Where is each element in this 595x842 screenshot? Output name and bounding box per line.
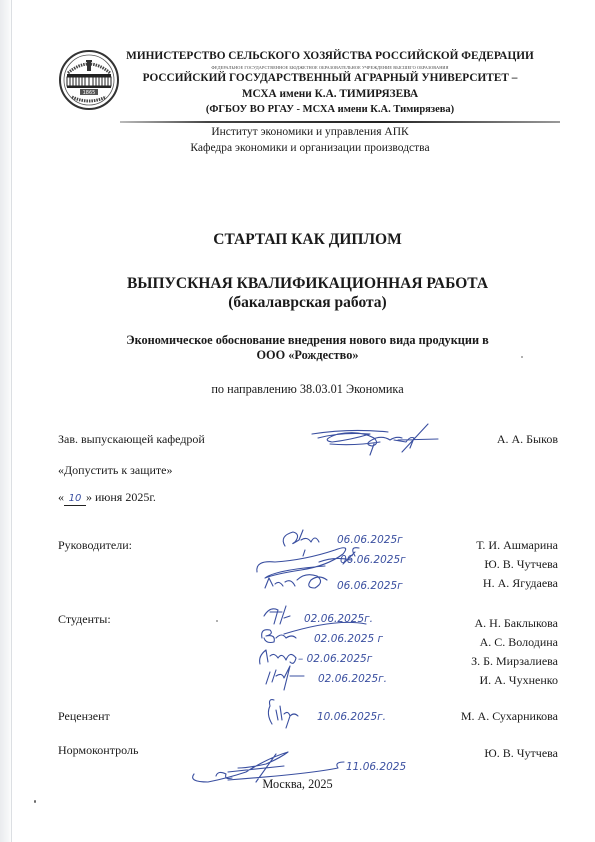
university-name: МСХА имени К.А. ТИМИРЯЗЕВА xyxy=(125,88,535,100)
institute-name: Институт экономики и управления АПК xyxy=(125,126,495,138)
student-name: А. Н. Баклыкова xyxy=(475,616,558,631)
university-abbreviation: (ФГБОУ ВО РГАУ - МСХА имени К.А. Тимиряз… xyxy=(125,104,535,115)
department-name: Кафедра экономики и организации производ… xyxy=(125,142,495,154)
svg-text:1865: 1865 xyxy=(83,90,96,96)
topic-line-1: Экономическое обоснование внедрения ново… xyxy=(60,333,555,348)
work-level: (бакалаврская работа) xyxy=(60,294,555,312)
supervisor-name: Ю. В. Чутчева xyxy=(484,557,558,572)
admission-day: 10 xyxy=(64,490,86,506)
svg-text:06.06.2025г: 06.06.2025г xyxy=(337,580,403,592)
university-heading: РОССИЙСКИЙ ГОСУДАРСТВЕННЫЙ АГРАРНЫЙ УНИВ… xyxy=(125,72,535,84)
head-signature xyxy=(310,422,440,458)
students-signatures: 02.06.2025г. 02.06.2025 г – 02.06.2025г … xyxy=(256,604,436,692)
norm-control-name: Ю. В. Чутчева xyxy=(484,746,558,761)
scan-edge-line xyxy=(11,0,12,842)
title-page: 1865 МИНИСТЕРСТВО СЕЛЬСКОГО ХОЗЯЙСТВА РО… xyxy=(0,0,595,842)
city-and-year: Москва, 2025 xyxy=(0,777,595,792)
document-title: СТАРТАП КАК ДИПЛОМ xyxy=(60,231,555,249)
scan-speck xyxy=(521,356,523,358)
supervisors-label: Руководители: xyxy=(58,538,132,553)
study-direction: по направлению 38.03.01 Экономика xyxy=(60,382,555,397)
students-label: Студенты: xyxy=(58,612,111,627)
scan-speck xyxy=(34,800,36,803)
head-of-department-label: Зав. выпускающей кафедрой xyxy=(58,432,205,447)
head-of-department-name: А. А. Быков xyxy=(497,432,558,447)
svg-text:02.06.2025 г: 02.06.2025 г xyxy=(314,633,383,645)
institution-type: ФЕДЕРАЛЬНОЕ ГОСУДАРСТВЕННОЕ БЮДЖЕТНОЕ ОБ… xyxy=(150,65,510,70)
supervisor-name: Н. А. Ягудаева xyxy=(483,576,558,591)
reviewer-label: Рецензент xyxy=(58,709,110,724)
reviewer-name: М. А. Сухарникова xyxy=(461,709,558,724)
admission-date: «10» июня 2025г. xyxy=(58,490,156,506)
work-type: ВЫПУСКНАЯ КВАЛИФИКАЦИОННАЯ РАБОТА xyxy=(60,275,555,293)
supervisors-signatures: 06.06.2025г 06.06.2025г 06.06.2025г xyxy=(255,526,435,594)
svg-text:06.06.2025г: 06.06.2025г xyxy=(340,554,406,566)
svg-text:11.06.2025: 11.06.2025 xyxy=(346,761,406,773)
admit-to-defense-label: «Допустить к защите» xyxy=(58,463,172,478)
norm-control-label: Нормоконтроль xyxy=(58,743,138,758)
svg-text:10.06.2025г.: 10.06.2025г. xyxy=(317,711,386,723)
svg-text:06.06.2025г: 06.06.2025г xyxy=(337,534,403,546)
student-name: З. Б. Мирзалиева xyxy=(471,654,558,669)
date-month-year: » июня 2025г. xyxy=(86,490,156,504)
topic-line-2: ООО «Рождество» xyxy=(60,348,555,363)
svg-text:02.06.2025г.: 02.06.2025г. xyxy=(318,673,387,685)
header-divider xyxy=(120,121,560,123)
university-seal-icon: 1865 xyxy=(58,47,120,113)
scan-speck xyxy=(216,620,218,622)
supervisor-name: Т. И. Ашмарина xyxy=(476,538,558,553)
svg-text:– 02.06.2025г: – 02.06.2025г xyxy=(298,653,373,665)
student-name: И. А. Чухненко xyxy=(479,673,558,688)
student-name: А. С. Володина xyxy=(480,635,558,650)
reviewer-signature: 10.06.2025г. xyxy=(262,696,422,730)
ministry-heading: МИНИСТЕРСТВО СЕЛЬСКОГО ХОЗЯЙСТВА РОССИЙС… xyxy=(125,50,535,62)
